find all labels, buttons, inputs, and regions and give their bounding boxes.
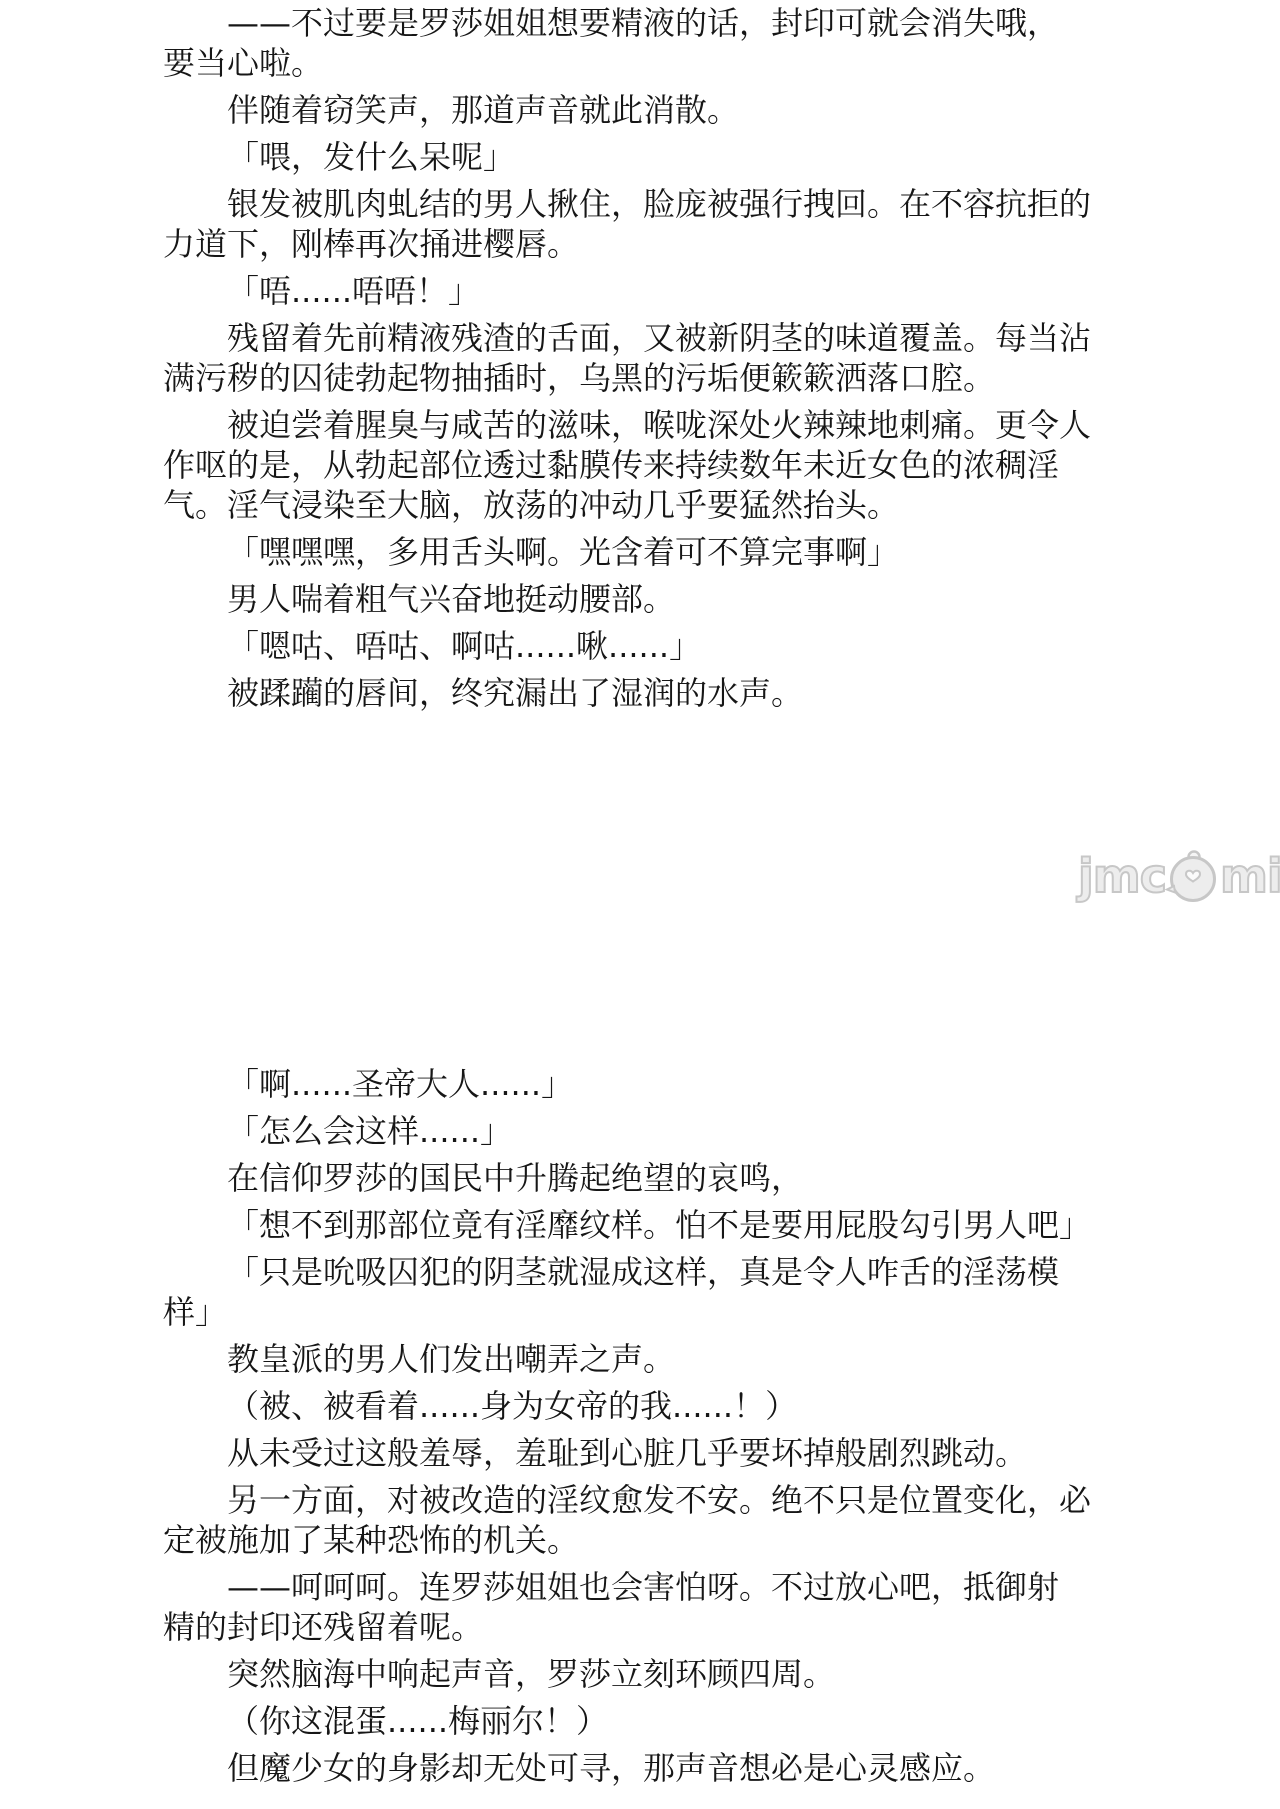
paragraph: 教皇派的男人们发出嘲弄之声。 [163, 1339, 1104, 1379]
paragraph: 从未受过这般羞辱，羞耻到心脏几乎要坏掉般剧烈跳动。 [163, 1433, 1104, 1473]
paragraph: 「怎么会这样......」 [163, 1111, 1104, 1151]
paragraph: 男人喘着粗气兴奋地挺动腰部。 [163, 579, 1104, 619]
paragraph: 但魔少女的身影却无处可寻，那声音想必是心灵感应。 [163, 1748, 1104, 1788]
watermark: jmc mic [1078, 847, 1280, 905]
paragraph: （你这混蛋......梅丽尔！） [163, 1701, 1104, 1741]
paragraph: 另一方面，对被改造的淫纹愈发不安。绝不只是位置变化，必 定被施加了某种恐怖的机关… [163, 1480, 1104, 1560]
paragraph: 被蹂躏的唇间，终究漏出了湿润的水声。 [163, 673, 1104, 713]
paragraph: （被、被看着......身为女帝的我......！） [163, 1386, 1104, 1426]
paragraph: 被迫尝着腥臭与咸苦的滋味，喉咙深处火辣辣地刺痛。更令人 作呕的是，从勃起部位透过… [163, 405, 1104, 525]
paragraph: 伴随着窃笑声，那道声音就此消散。 [163, 90, 1104, 130]
novel-page: ——不过要是罗莎姐姐想要精液的话，封印可就会消失哦， 要当心啦。 伴随着窃笑声，… [0, 0, 1280, 1809]
watermark-text-suffix: mic [1220, 849, 1280, 903]
paragraph: 「嗯咕、唔咕、啊咕......啾......」 [163, 626, 1104, 666]
paragraph: 银发被肌肉虬结的男人揪住，脸庞被强行拽回。在不容抗拒的 力道下，刚棒再次捅进樱唇… [163, 184, 1104, 264]
paragraph: ——呵呵呵。连罗莎姐姐也会害怕呀。不过放心吧，抵御射 精的封印还残留着呢。 [163, 1567, 1104, 1647]
text-block-top: ——不过要是罗莎姐姐想要精液的话，封印可就会消失哦， 要当心啦。 伴随着窃笑声，… [163, 3, 1104, 720]
bird-mascot-icon [1165, 847, 1221, 905]
paragraph: 「喂，发什么呆呢」 [163, 137, 1104, 177]
paragraph: ——不过要是罗莎姐姐想要精液的话，封印可就会消失哦， 要当心啦。 [163, 3, 1104, 83]
text-block-bottom: 「啊......圣帝大人......」 「怎么会这样......」 在信仰罗莎的… [163, 1064, 1104, 1795]
paragraph: 「啊......圣帝大人......」 [163, 1064, 1104, 1104]
paragraph: 突然脑海中响起声音，罗莎立刻环顾四周。 [163, 1654, 1104, 1694]
paragraph: 「唔......唔唔！」 [163, 271, 1104, 311]
paragraph: 「只是吮吸囚犯的阴茎就湿成这样，真是令人咋舌的淫荡模 样」 [163, 1252, 1104, 1332]
paragraph: 「嘿嘿嘿，多用舌头啊。光含着可不算完事啊」 [163, 532, 1104, 572]
paragraph: 残留着先前精液残渣的舌面，又被新阴茎的味道覆盖。每当沾 满污秽的囚徒勃起物抽插时… [163, 318, 1104, 398]
watermark-text-prefix: jmc [1078, 849, 1166, 903]
paragraph: 在信仰罗莎的国民中升腾起绝望的哀鸣， [163, 1158, 1104, 1198]
paragraph: 「想不到那部位竟有淫靡纹样。怕不是要用屁股勾引男人吧」 [163, 1205, 1104, 1245]
